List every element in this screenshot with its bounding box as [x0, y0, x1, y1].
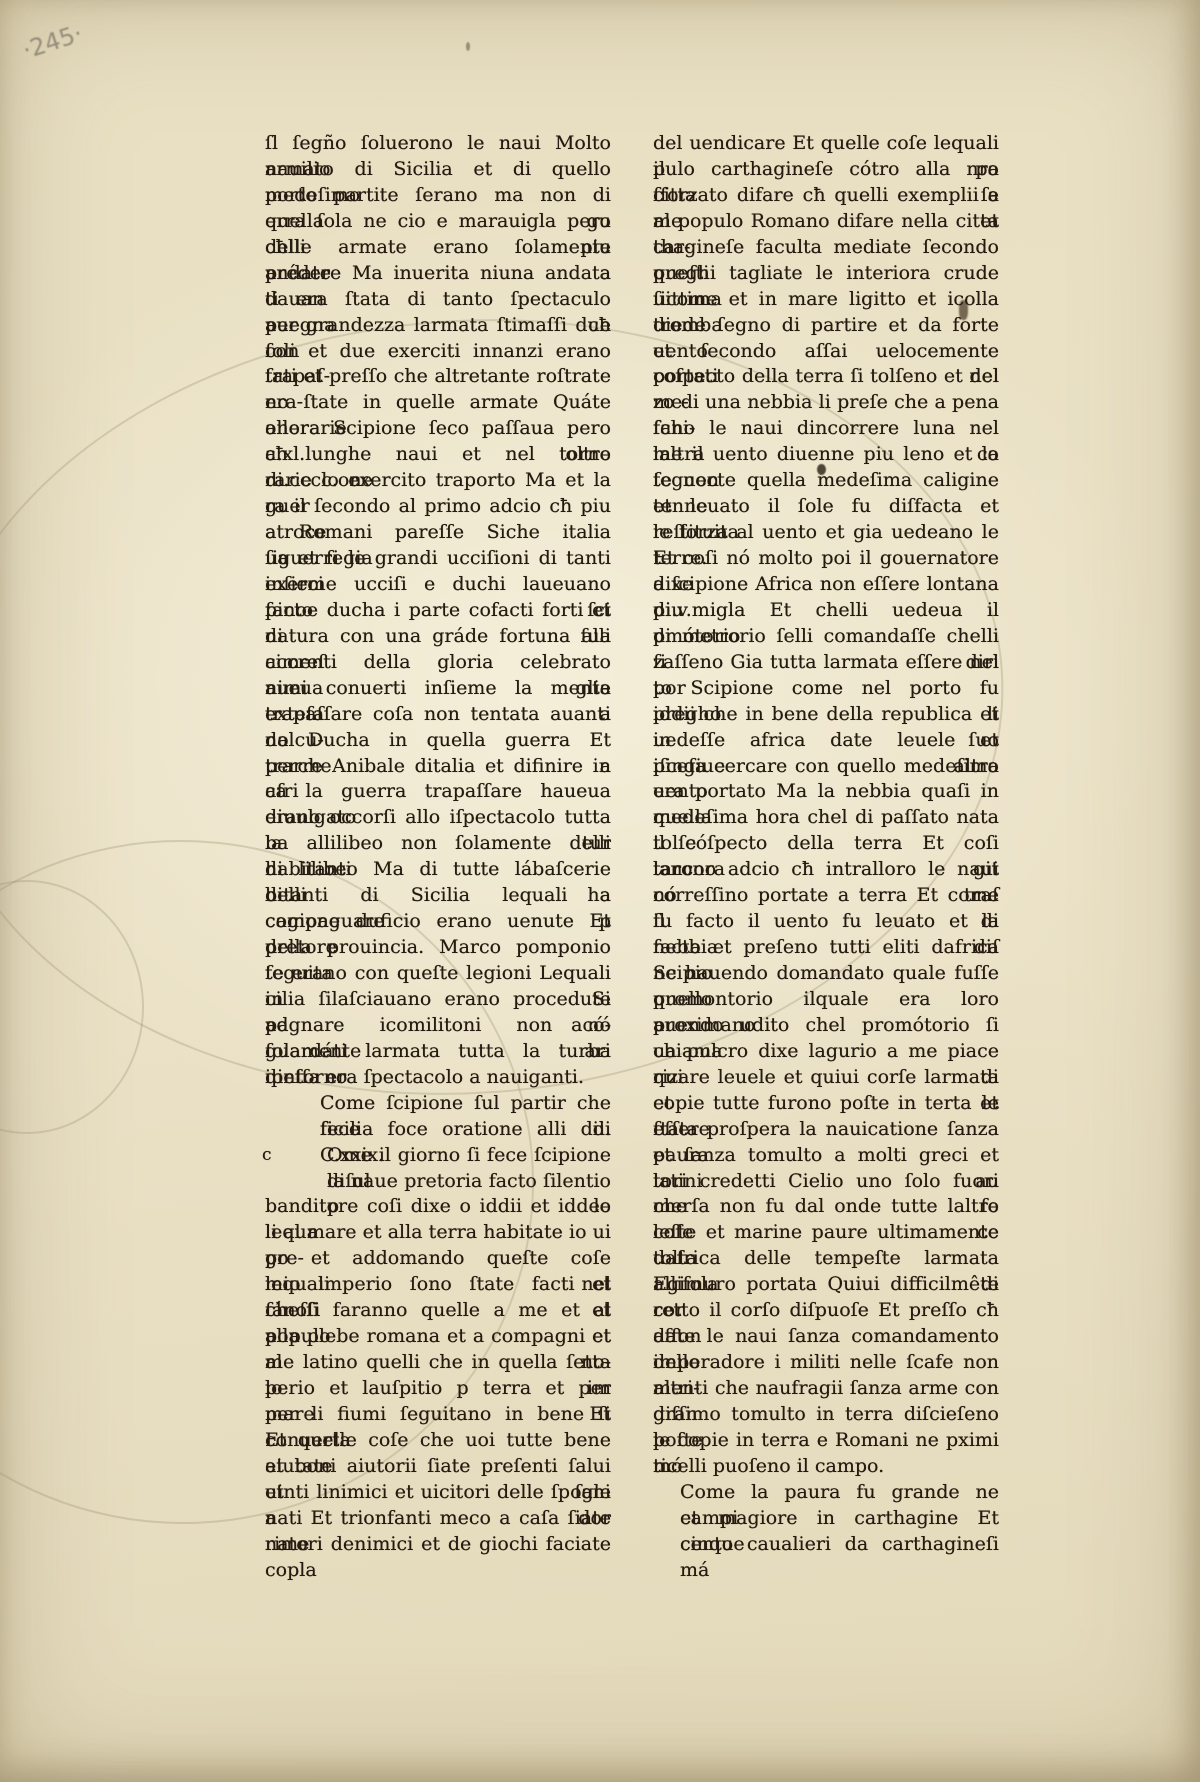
text-line: il cóſpecto della terra Et coſi lancora …: [653, 831, 999, 857]
text-line: correſſino portate a terra Et come il di: [653, 883, 999, 909]
text-line: rarie lo exercito traporto Ma et la guer: [265, 468, 611, 494]
text-line: trarre Anibale ditalia et difinire in af…: [265, 754, 611, 780]
text-line: et boni aiutorii ſiate preſenti ſalui et…: [265, 1454, 611, 1480]
text-line: cento caualieri da carthagineſi má: [653, 1532, 999, 1558]
text-line: porto partite ſerano ma non di quella gu: [265, 183, 611, 209]
text-line: Come la paura fu grande ne campi: [653, 1480, 999, 1506]
pencil-annotation: ·245·: [19, 19, 86, 65]
text-line: me il uento diuenne piu leno et la ſegue…: [653, 442, 999, 468]
text-line: ſtata proſpera la nauicatione ſanza paur…: [653, 1117, 999, 1143]
text-line: promontorio ilquale era loro proximano: [653, 987, 999, 1013]
text-line: zo di una nebbia li preſe che a pena ſch…: [653, 390, 999, 416]
text-line: coſpecto della terra ſi tolſeno et nel m…: [653, 364, 999, 390]
text-line: prédere Ma inuerita niuna andata dauan: [265, 261, 611, 287]
text-line: preghi tagliate le interiora crude uitti…: [653, 261, 999, 287]
text-line: allora Scipione ſeco paſſaua pero cħ olt…: [265, 416, 611, 442]
text-line: a.xl.lunghe naui et nel torno di.cccc.on…: [265, 442, 611, 468]
watermark-circle: [0, 880, 144, 1134]
text-line: cagione duficio erano uenute Et pretore: [265, 909, 611, 935]
text-line: pinoe ducha i parte cofacti forti et di …: [265, 598, 611, 624]
text-line: fu facto il uento fu leuato et la nebbia…: [653, 909, 999, 935]
text-line: thagineſe faculta mediate ſecondo queſti: [653, 235, 999, 261]
text-line: ſoli et due exerciti innanzi erano trapa…: [265, 339, 611, 365]
text-line: go et addomando queſte coſe lequali nel: [265, 1246, 611, 1272]
text-line: erra ſola ne cio e marauigla pero cħlli …: [265, 209, 611, 235]
text-line: nimi conuerti inſieme la mente exteſa a: [265, 676, 611, 702]
text-line: et magiore in carthagine Et cinque: [653, 1506, 999, 1532]
text-line: nati Et trionfanti meco a caſa ſiate rim…: [265, 1506, 611, 1532]
text-line: Come ſcipione ſul partir che fece di: [265, 1091, 611, 1117]
ink-speck: [466, 42, 470, 51]
text-line: armato di Sicilia et di quello medeſimo: [265, 157, 611, 183]
text-line: facta et preſeno tutti eliti dafrica Sci…: [653, 935, 999, 961]
text-line: tori credetti Cielio uno ſolo fuori che …: [653, 1169, 999, 1195]
text-line: Et quelle coſe che uoi tutte bene aiutat…: [265, 1428, 611, 1454]
text-line: rizare leuele et quiui corſe larmata et …: [653, 1065, 999, 1091]
text-line: li al mare et alla terra habitate io ui …: [265, 1220, 611, 1246]
text-line: date le naui ſanza comandamento dello: [653, 1324, 999, 1350]
text-line: per grandezza larmata ſtimaſſi due con: [265, 313, 611, 339]
text-line: copie tutte furono poſte in terta et eſſ…: [653, 1091, 999, 1117]
text-column-right: del uendicare Et quelle coſe lequali il …: [653, 131, 999, 1558]
text-line: diede ſegno di partire et da forte uento: [653, 313, 999, 339]
text-line: di metrorio ſelli comandaſſe chelli ſi d…: [653, 624, 999, 650]
text-line: cOme il giorno ſi fece ſcipione diſul: [265, 1143, 611, 1169]
text-line: ſicome et in mare ligitto et icolla trom…: [653, 287, 999, 313]
text-line: la naue pretoria facto ſilentio p lo: [265, 1169, 611, 1195]
text-line: ipeſſa era ſpectacolo a nauiganti.: [265, 1065, 611, 1091]
text-line: leſte et marine paure ultimamente tolta: [653, 1220, 999, 1246]
text-line: ba allilibeo non ſolamente delli habitan…: [265, 831, 611, 857]
text-line: ſati et preſſo che altretante roſtrate e…: [265, 364, 611, 390]
text-line: auendo udito chel promótorio ſi chiama: [653, 1013, 999, 1039]
text-line: ſicilia foce oratione alli dii. C.xxix.: [265, 1117, 611, 1143]
text-line: perio et lauſpitio p terra et per mare E…: [265, 1376, 611, 1402]
text-line: banditore coſi dixe o iddii et iddee leq…: [265, 1194, 611, 1220]
text-line: retto il corſo diſpuoſe Et preſſo cħ aff…: [653, 1298, 999, 1324]
scanned-book-page: ·245· ſl ſegño ſoluerono le naui Molto n…: [0, 0, 1200, 1782]
text-line: natori denimici et de giochi faciate cop…: [265, 1532, 611, 1558]
text-line: pagnare icomilitoni non nó ſolamente ari: [265, 1013, 611, 1039]
text-line: cheſſi faranno quelle a me et al populo …: [265, 1298, 611, 1324]
text-line: no Ducha in quella guerra Et perche a: [265, 728, 611, 754]
text-line: zaſſeno Gia tutta larmata eſſere nel por: [653, 650, 999, 676]
text-line: ſl ſegño ſoluerono le naui Molto nauilio: [265, 131, 611, 157]
text-line: merſa non fu dal onde tutte laltre coſe …: [653, 1194, 999, 1220]
text-line: et leuato il ſole fu diſfacta et reſtitu…: [653, 494, 999, 520]
text-line: pulo carthagineſe cótro alla nra citta ſ…: [653, 157, 999, 183]
text-line: ua pulcro dixe lagurio a me piace qui di: [653, 1039, 999, 1065]
text-line: uedeſſe africa date leuele et pingiue al…: [653, 728, 999, 754]
text-line: imperadore i militi nelle ſcafe non altr…: [653, 1350, 999, 1376]
text-line: cilia ſilaſciauano erano procedute ad ac…: [265, 987, 611, 1013]
text-line: era portato Ma la nebbia quaſi in quella: [653, 779, 999, 805]
text-line: dafrica delle tempeſte larmata alliſola …: [653, 1246, 999, 1272]
text-line: cimenti della gloria celebrato aueua gli…: [265, 650, 611, 676]
text-line: Et coſi nó molto poi il gouernatore dixe: [653, 546, 999, 572]
text-line: ſforzato difare cħ quelli exemplii a me …: [653, 183, 999, 209]
text-line: ticelli puoſeno il campo.: [653, 1454, 999, 1480]
text-line: al populo Romano difare nella citta car-: [653, 209, 999, 235]
text-line: et ſecondo aſſai uelocemente portati del: [653, 339, 999, 365]
text-line: to Scipione come nel porto fu pregho li: [653, 676, 999, 702]
text-line: tarono adcio cħ intralloro le naui nó tr…: [653, 857, 999, 883]
text-line: per li fiumi ſeguitano in bene ſi conuer…: [265, 1402, 611, 1428]
text-line: bitanti di Sicilia lequali a compaguare …: [265, 883, 611, 909]
text-line: inſieme ucciſi e duchi laueuano facto ſc…: [265, 572, 611, 598]
text-line: trapaſſare coſa non tentata auanti dalcu…: [265, 702, 611, 728]
text-line: alla plebe romana et a compagni et al no…: [265, 1324, 611, 1350]
text-line: guardáti larmata tutta la turba dintorno: [265, 1039, 611, 1065]
text-line: te erano con queſte legioni Lequali in S…: [265, 961, 611, 987]
text-line: a ſcipione Africa non eſſere lontana piu: [653, 572, 999, 598]
text-line: le copie in terra e Romani ne pximi mó: [653, 1428, 999, 1454]
text-line: iddii che in bene della republica et in …: [653, 702, 999, 728]
text-line: medeſima hora chel di paſſato nata tolſe: [653, 805, 999, 831]
text-line: del uendicare Et quelle coſe lequali il …: [653, 131, 999, 157]
text-line: delle armate erano ſolamente andate a: [265, 235, 611, 261]
text-line: fano le naui dincorrere luna nel laltra …: [653, 416, 999, 442]
text-line: di lilibeo Ma di tutte lábaſcerie delli …: [265, 857, 611, 883]
text-line: iſceſa cercare con quello medeſimo uento: [653, 754, 999, 780]
text-line: et ſanza tomulto a molti greci et latini…: [653, 1143, 999, 1169]
text-line: a Romani pareſſe Siche italia ſiguerregi…: [265, 520, 611, 546]
guide-letter: c: [262, 1143, 272, 1169]
text-line: erano occorſi allo iſpectacolo tutta la …: [265, 805, 611, 831]
text-line: ti era ſtata di tanto ſpectaculo auegna …: [265, 287, 611, 313]
text-line: ca la guerra trapaſſare haueua diuulgato: [265, 779, 611, 805]
text-line: ua et ſi le grandi ucciſioni di tanti ex…: [265, 546, 611, 572]
text-line: diſſimo tomulto in terra diſcieſeno poſt…: [653, 1402, 999, 1428]
text-line: natura con una gráde fortuna alli accreſ: [265, 624, 611, 650]
text-line: ra il ſecondo al primo adcio cħ piu atro…: [265, 494, 611, 520]
text-line: te nocte quella medeſima caligine tenne: [653, 468, 999, 494]
text-line: Egimuro portata Quiui difficilmête cor: [653, 1272, 999, 1298]
text-line: me latino quelli che in quella ſetta lo …: [265, 1350, 611, 1376]
text-line: mio imperio ſono ſtate facti et fánoſi e…: [265, 1272, 611, 1298]
text-line: menti che naufragii ſanza arme con gran: [653, 1376, 999, 1402]
text-line: le forza al uento et gia uedeano le terr…: [653, 520, 999, 546]
text-line: della prouincia. Marco pomponio ſeguita: [265, 935, 611, 961]
text-line: no ſtate in quelle armate Quáte onerarie: [265, 390, 611, 416]
text-line: uinti linimici et uicitori delle ſpogle …: [265, 1480, 611, 1506]
text-line: di.v.migla Et chelli uedeua il pmótorio: [653, 598, 999, 624]
text-line: ne hauendo domandato quale fuſſe quello: [653, 961, 999, 987]
text-column-left: ſl ſegño ſoluerono le naui Molto nauilio…: [265, 131, 611, 1558]
